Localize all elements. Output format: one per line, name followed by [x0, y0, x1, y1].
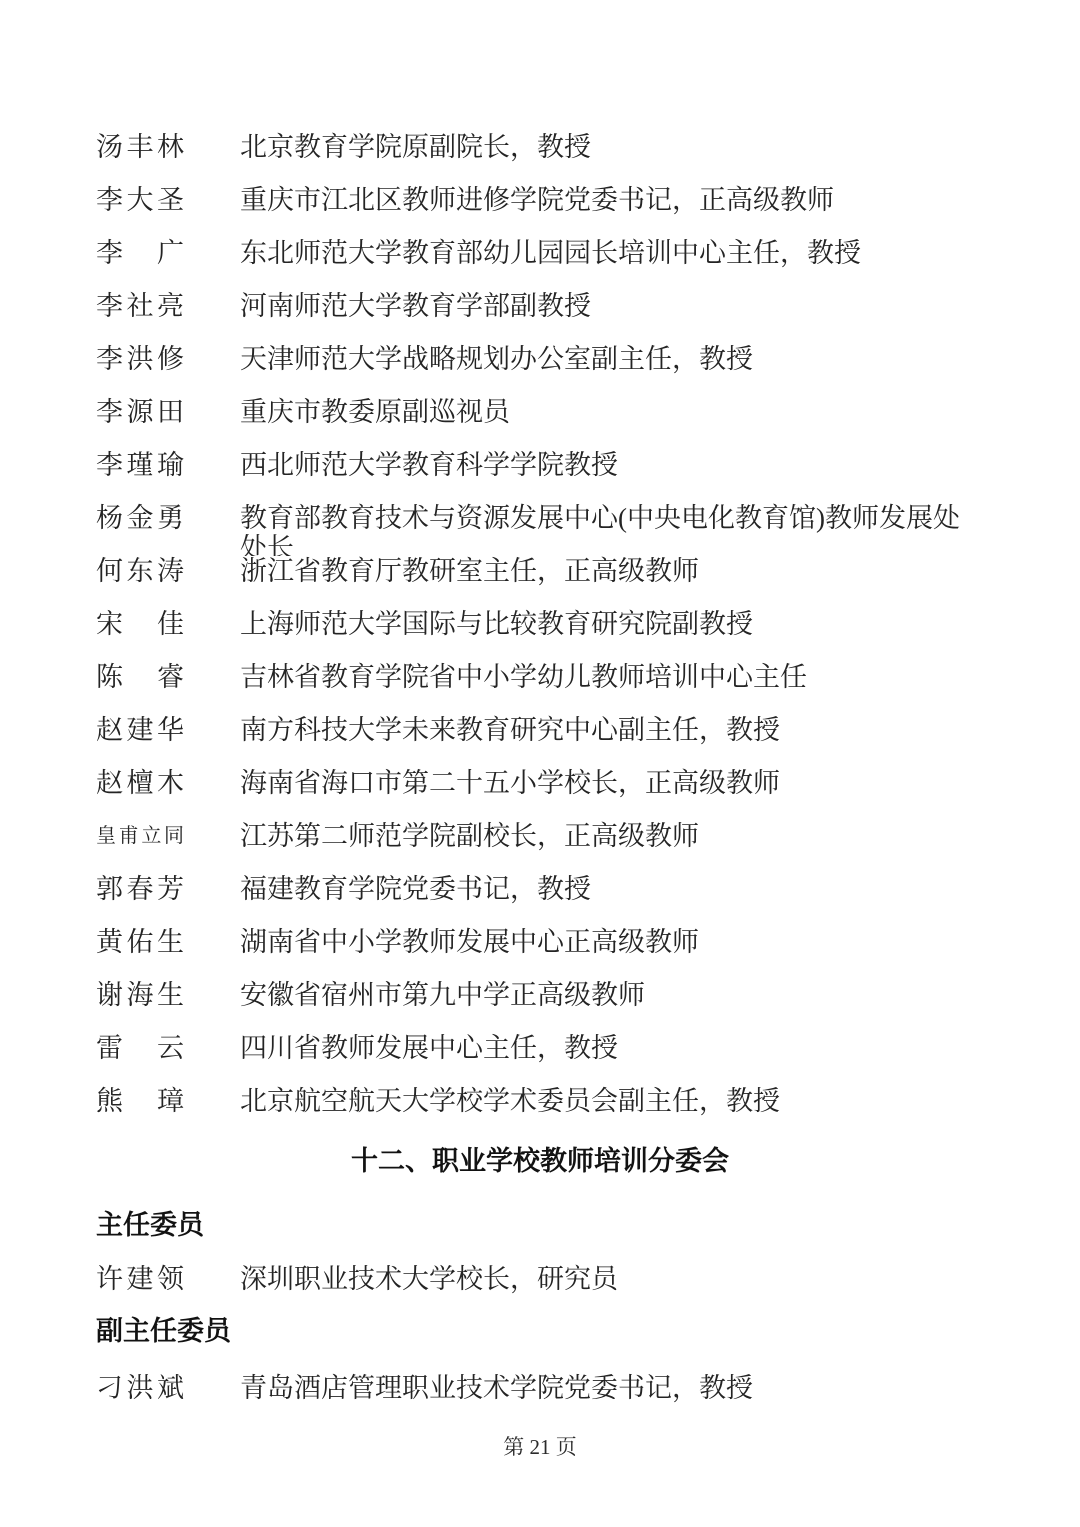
member-row: 赵檀木海南省海口市第二十五小学校长，正高级教师	[96, 768, 984, 821]
member-name: 李洪修	[96, 344, 184, 374]
committee-members-list: 汤丰林北京教育学院原副院长，教授李大圣重庆市江北区教师进修学院党委书记，正高级教…	[96, 132, 984, 1139]
member-row: 谢海生安徽省宿州市第九中学正高级教师	[96, 980, 984, 1033]
member-name: 李大圣	[96, 185, 184, 215]
member-title: 河南师范大学教育学部副教授	[240, 291, 591, 321]
member-title: 北京航空航天大学校学术委员会副主任，教授	[240, 1086, 780, 1116]
member-title: 海南省海口市第二十五小学校长，正高级教师	[240, 768, 780, 798]
member-title: 青岛酒店管理职业技术学院党委书记，教授	[240, 1373, 753, 1403]
member-name: 宋佳	[96, 609, 184, 639]
member-title: 东北师范大学教育部幼儿园园长培训中心主任，教授	[240, 238, 861, 268]
member-row: 何东涛浙江省教育厅教研室主任，正高级教师	[96, 556, 984, 609]
document-page: 汤丰林北京教育学院原副院长，教授李大圣重庆市江北区教师进修学院党委书记，正高级教…	[0, 0, 1080, 1527]
member-title: 四川省教师发展中心主任，教授	[240, 1033, 618, 1063]
member-name: 赵檀木	[96, 768, 184, 798]
member-name: 赵建华	[96, 715, 184, 745]
member-row: 许建领深圳职业技术大学校长，研究员	[96, 1264, 984, 1317]
member-row: 雷云四川省教师发展中心主任，教授	[96, 1033, 984, 1086]
member-name: 雷云	[96, 1033, 184, 1063]
member-name: 熊璋	[96, 1086, 184, 1116]
member-name: 谢海生	[96, 980, 184, 1010]
member-row: 李瑾瑜西北师范大学教育科学学院教授	[96, 450, 984, 503]
member-row: 李源田重庆市教委原副巡视员	[96, 397, 984, 450]
member-title: 南方科技大学未来教育研究中心副主任，教授	[240, 715, 780, 745]
member-title: 西北师范大学教育科学学院教授	[240, 450, 618, 480]
member-row: 李大圣重庆市江北区教师进修学院党委书记，正高级教师	[96, 185, 984, 238]
member-row: 黄佑生湖南省中小学教师发展中心正高级教师	[96, 927, 984, 980]
member-row: 汤丰林北京教育学院原副院长，教授	[96, 132, 984, 185]
member-title: 天津师范大学战略规划办公室副主任，教授	[240, 344, 753, 374]
member-name: 刁洪斌	[96, 1373, 184, 1403]
vice-chair-members-list: 刁洪斌青岛酒店管理职业技术学院党委书记，教授	[96, 1373, 984, 1426]
member-name: 李广	[96, 238, 184, 268]
page-number: 第 21 页	[0, 1435, 1080, 1459]
member-title: 重庆市江北区教师进修学院党委书记，正高级教师	[240, 185, 834, 215]
member-title: 福建教育学院党委书记，教授	[240, 874, 591, 904]
member-row: 皇甫立同江苏第二师范学院副校长，正高级教师	[96, 821, 984, 874]
member-row: 杨金勇教育部教育技术与资源发展中心(中央电化教育馆)教师发展处处长	[96, 503, 984, 556]
member-row: 赵建华南方科技大学未来教育研究中心副主任，教授	[96, 715, 984, 768]
member-name: 许建领	[96, 1264, 184, 1294]
member-row: 熊璋北京航空航天大学校学术委员会副主任，教授	[96, 1086, 984, 1139]
member-name: 皇甫立同	[96, 821, 184, 851]
chair-label: 主任委员	[96, 1211, 984, 1239]
member-title: 深圳职业技术大学校长，研究员	[240, 1264, 618, 1294]
member-title: 江苏第二师范学院副校长，正高级教师	[240, 821, 699, 851]
member-row: 陈睿吉林省教育学院省中小学幼儿教师培训中心主任	[96, 662, 984, 715]
member-title: 教育部教育技术与资源发展中心(中央电化教育馆)教师发展处处长	[240, 503, 984, 556]
member-row: 李广东北师范大学教育部幼儿园园长培训中心主任，教授	[96, 238, 984, 291]
member-title: 浙江省教育厅教研室主任，正高级教师	[240, 556, 699, 586]
member-row: 郭春芳福建教育学院党委书记，教授	[96, 874, 984, 927]
member-name: 李社亮	[96, 291, 184, 321]
member-title: 安徽省宿州市第九中学正高级教师	[240, 980, 645, 1010]
member-name: 李瑾瑜	[96, 450, 184, 480]
member-name: 李源田	[96, 397, 184, 427]
vice-chair-label: 副主任委员	[96, 1317, 984, 1345]
member-title: 吉林省教育学院省中小学幼儿教师培训中心主任	[240, 662, 807, 692]
member-name: 杨金勇	[96, 503, 184, 533]
member-name: 郭春芳	[96, 874, 184, 904]
member-row: 李洪修天津师范大学战略规划办公室副主任，教授	[96, 344, 984, 397]
section-heading: 十二、职业学校教师培训分委会	[96, 1147, 984, 1175]
member-row: 李社亮河南师范大学教育学部副教授	[96, 291, 984, 344]
chair-members-list: 许建领深圳职业技术大学校长，研究员	[96, 1264, 984, 1317]
member-title: 重庆市教委原副巡视员	[240, 397, 510, 427]
member-name: 黄佑生	[96, 927, 184, 957]
member-name: 陈睿	[96, 662, 184, 692]
member-row: 刁洪斌青岛酒店管理职业技术学院党委书记，教授	[96, 1373, 984, 1426]
member-title: 湖南省中小学教师发展中心正高级教师	[240, 927, 699, 957]
member-title: 上海师范大学国际与比较教育研究院副教授	[240, 609, 753, 639]
member-title: 北京教育学院原副院长，教授	[240, 132, 591, 162]
member-name: 汤丰林	[96, 132, 184, 162]
member-name: 何东涛	[96, 556, 184, 586]
member-row: 宋佳上海师范大学国际与比较教育研究院副教授	[96, 609, 984, 662]
